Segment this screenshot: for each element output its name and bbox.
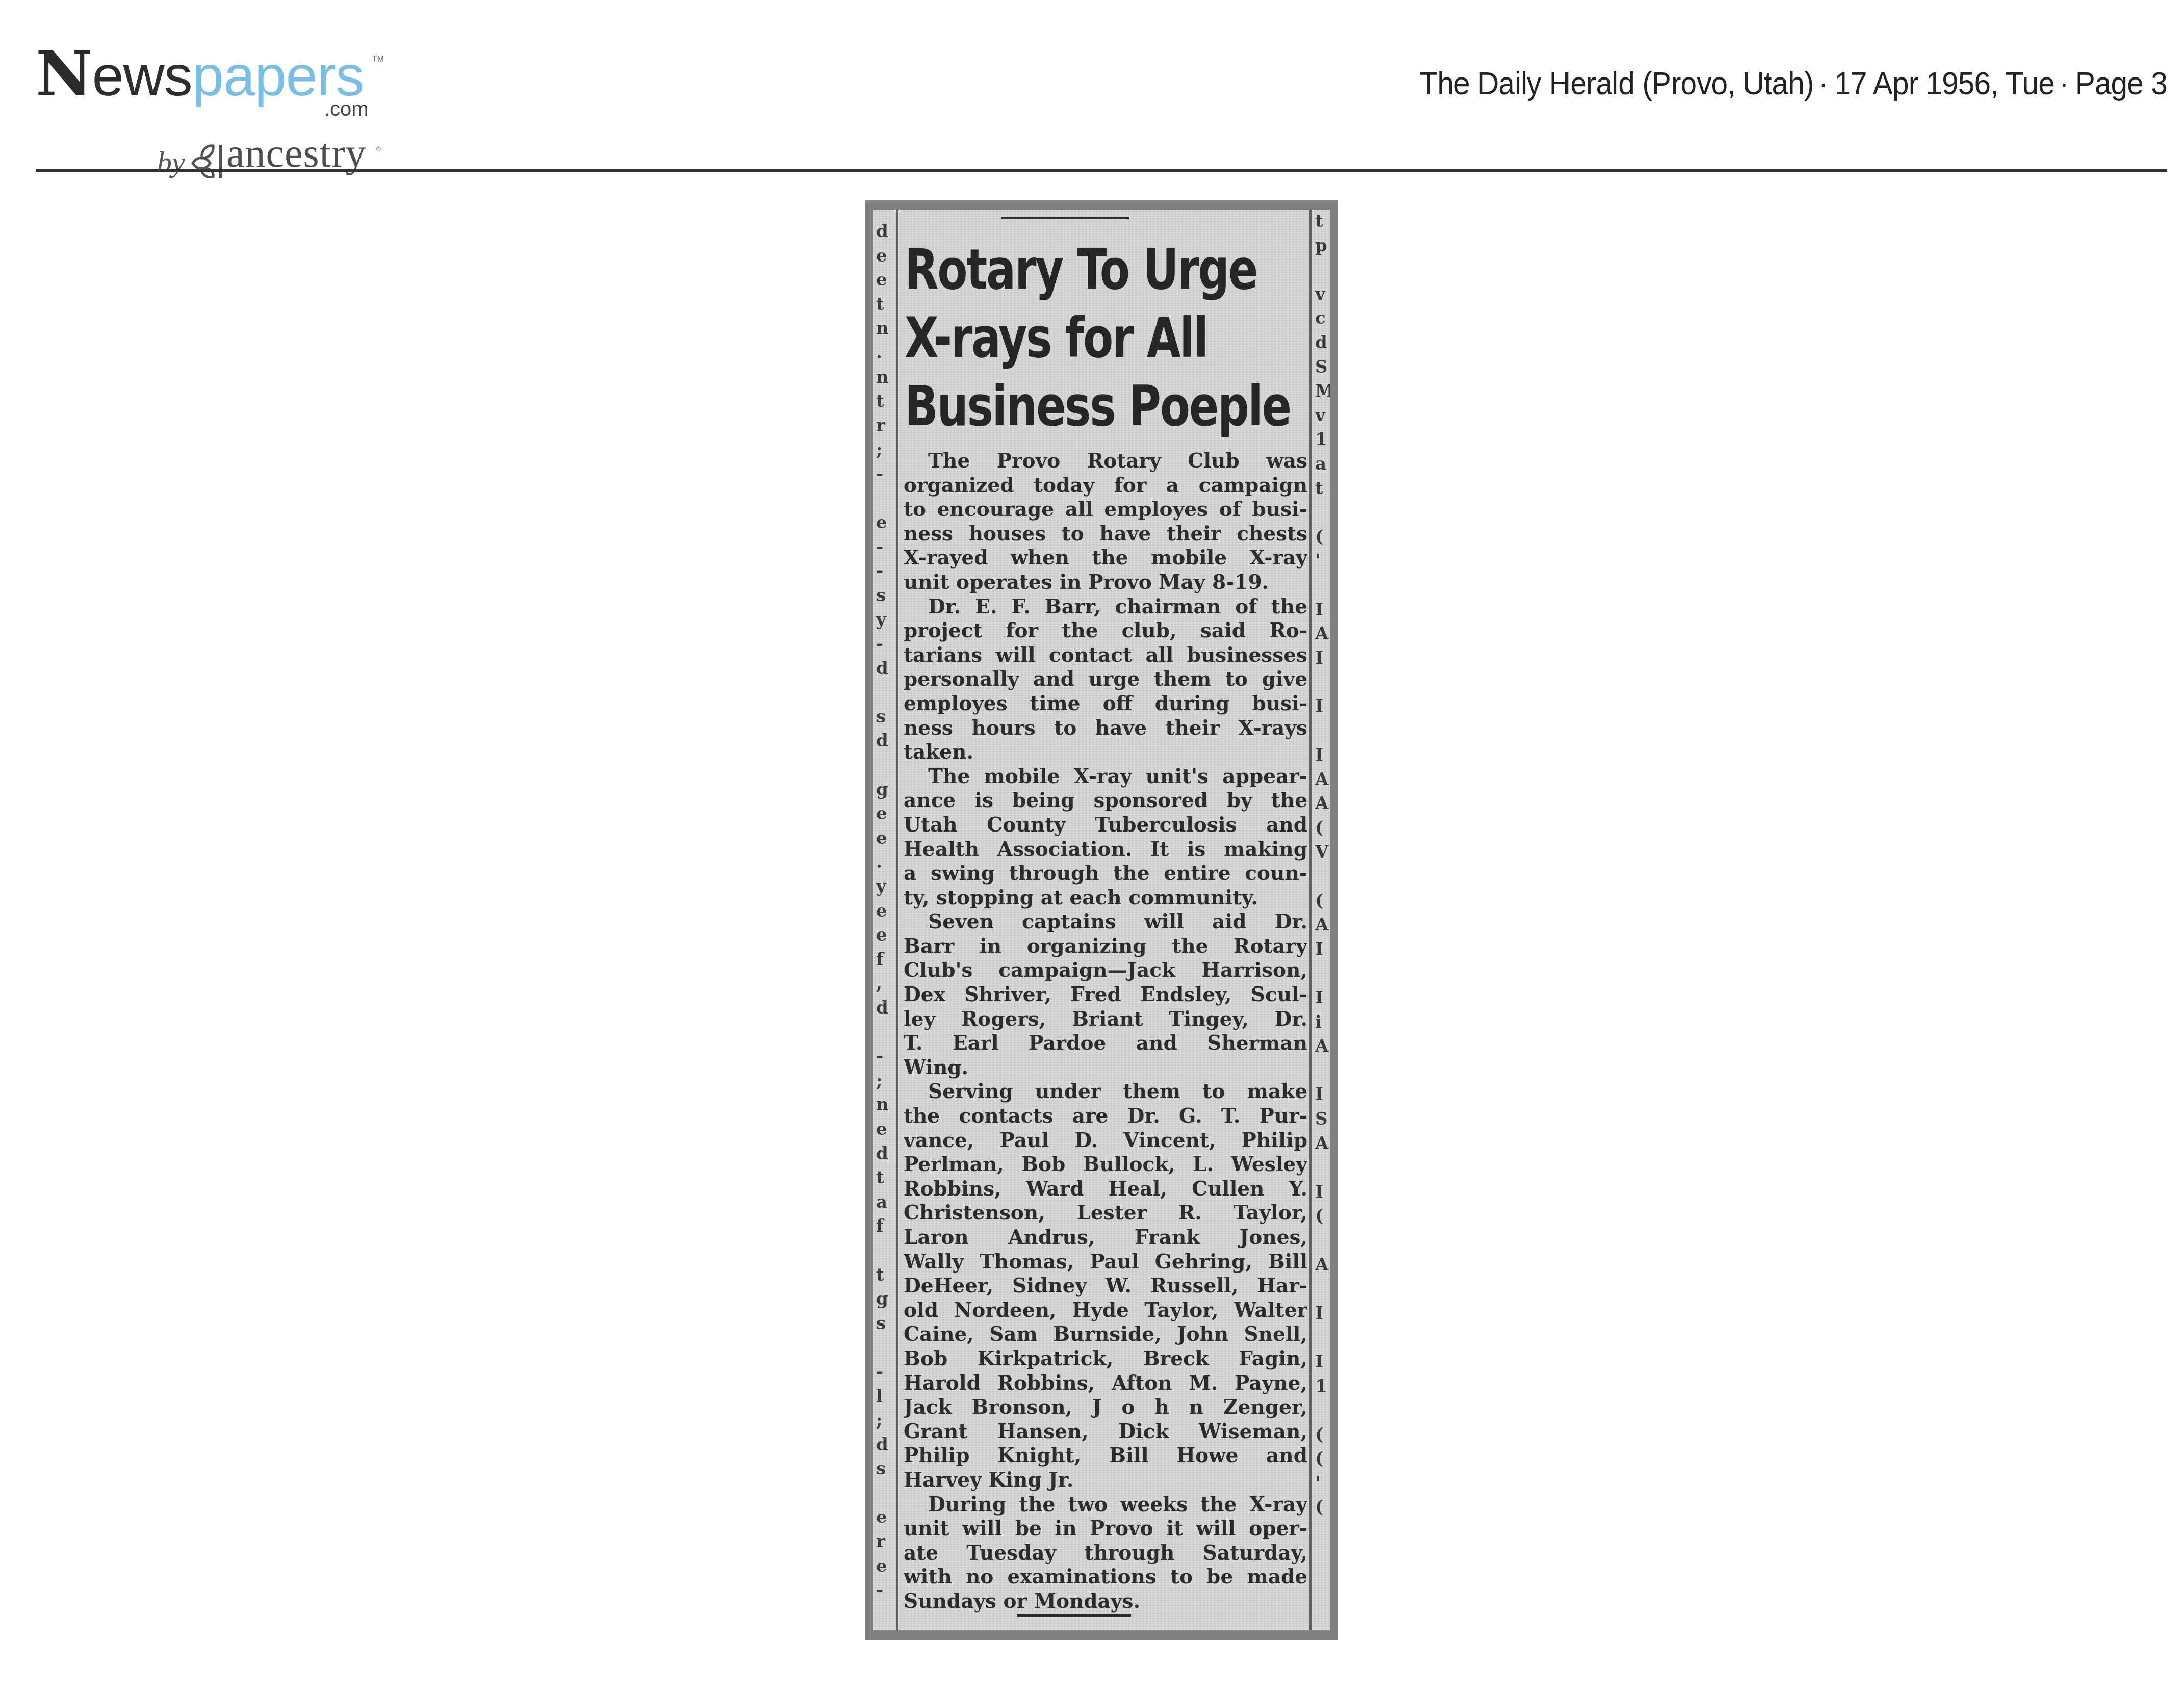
edge-fragment: [1315, 865, 1330, 889]
edge-fragment: (: [1315, 1423, 1330, 1447]
edge-fragment: [876, 1239, 894, 1263]
article-line: Utah County Tuberculosis and: [904, 813, 1307, 838]
edge-fragment: A: [1315, 1132, 1330, 1156]
logo-trademark: TM: [372, 55, 384, 64]
edge-fragment: I: [1315, 743, 1330, 768]
edge-fragment: I: [1315, 598, 1330, 622]
edge-fragment: e: [876, 826, 894, 851]
article-line: Robbins, Ward Heal, Cullen Y.: [904, 1177, 1307, 1202]
newspaper-clipping: deetn.ntr;-e--sy-dsdgee.yeef,d-;nedtaftg…: [873, 210, 1330, 1630]
article-line: tarians will contact all businesses: [904, 643, 1307, 668]
edge-fragment: v: [1315, 282, 1330, 307]
article-line: Serving under them to make: [904, 1080, 1307, 1104]
edge-fragment: [876, 754, 894, 778]
edge-fragment: (: [1315, 816, 1330, 841]
edge-fragment: I: [1315, 695, 1330, 719]
article-line: the contacts are Dr. G. T. Pur-: [904, 1104, 1307, 1129]
edge-fragment: y: [876, 608, 894, 633]
edge-fragment: [1315, 1277, 1330, 1302]
edge-fragment: e: [876, 511, 894, 535]
article-line: Bob Kirkpatrick, Breck Fagin,: [904, 1347, 1307, 1371]
publication-name: The Daily Herald (Provo, Utah): [1420, 66, 1814, 101]
edge-fragment: l: [876, 1385, 894, 1409]
edge-fragment: d: [876, 657, 894, 681]
edge-fragment: A: [1315, 792, 1330, 816]
edge-fragment: A: [1315, 622, 1330, 646]
edge-fragment: -: [876, 1578, 894, 1603]
article-line: ty, stopping at each community.: [904, 886, 1307, 911]
article-line: The mobile X-ray unit's appear-: [904, 765, 1307, 789]
edge-fragment: ,: [876, 972, 894, 996]
edge-fragment: A: [1315, 913, 1330, 938]
edge-fragment: ;: [876, 1409, 894, 1433]
edge-fragment: e: [876, 802, 894, 826]
publication-date: 17 Apr 1956, Tue: [1835, 66, 2054, 101]
edge-fragment: s: [876, 1312, 894, 1336]
edge-fragment: S: [1315, 355, 1330, 380]
newspapers-logo[interactable]: Newspapers TM .com by ancestry ®: [36, 45, 388, 147]
column-rule-right: [1309, 210, 1312, 1630]
edge-fragment: [1315, 574, 1330, 598]
edge-fragment: 1: [1315, 428, 1330, 452]
edge-fragment: ;: [876, 438, 894, 462]
headline-line: Business Poeple: [905, 373, 1215, 441]
edge-fragment: A: [1315, 1034, 1330, 1059]
headline-line: X-rays for All: [905, 304, 1215, 373]
article-line: Harvey King Jr.: [904, 1468, 1307, 1493]
article-line: unit will be in Provo it will oper-: [904, 1517, 1307, 1541]
edge-fragment: [1315, 962, 1330, 986]
edge-fragment: f: [876, 1214, 894, 1239]
edge-fragment: a: [876, 1190, 894, 1215]
article-line: Laron Andrus, Frank Jones,: [904, 1226, 1307, 1250]
edge-fragment: S: [1315, 1107, 1330, 1132]
edge-fragment: a: [1315, 452, 1330, 477]
article-line: vance, Paul D. Vincent, Philip: [904, 1129, 1307, 1153]
separator: ·: [1814, 66, 1835, 101]
publication-info: The Daily Herald (Provo, Utah)·17 Apr 19…: [1420, 65, 2167, 102]
article-line: organized today for a campaign: [904, 474, 1307, 498]
edge-fragment: (: [1315, 1204, 1330, 1229]
edge-fragment: -: [876, 535, 894, 560]
edge-fragment: -: [876, 632, 894, 657]
edge-fragment: [1315, 670, 1330, 695]
edge-fragment: [1315, 1326, 1330, 1350]
edge-fragment: -: [876, 1045, 894, 1069]
logo-letter-n: N: [36, 37, 92, 110]
article-line: The Provo Rotary Club was: [904, 449, 1307, 474]
edge-fragment: [1315, 1398, 1330, 1423]
edge-fragment: A: [1315, 768, 1330, 792]
edge-fragment: [876, 681, 894, 705]
article-line: employes time off during busi-: [904, 692, 1307, 716]
edge-fragment: [1315, 501, 1330, 525]
edge-fragment: t: [876, 389, 894, 414]
article-line: Jack Bronson, J o h n Zenger,: [904, 1395, 1307, 1420]
edge-fragment: I: [1315, 1350, 1330, 1374]
article-line: ance is being sponsored by the: [904, 789, 1307, 813]
article-line: ness hours to have their X-rays: [904, 716, 1307, 741]
edge-fragment: d: [876, 220, 894, 244]
edge-fragment: t: [1315, 210, 1330, 234]
article-line: with no examinations to be made: [904, 1565, 1307, 1590]
headline-line: Rotary To Urge: [905, 236, 1215, 304]
article-line: ate Tuesday through Saturday,: [904, 1541, 1307, 1566]
edge-fragment: s: [876, 584, 894, 608]
edge-fragment: [1315, 1059, 1330, 1083]
logo-text-dark: ews: [92, 44, 192, 108]
edge-fragment: I: [1315, 938, 1330, 962]
edge-fragment: s: [876, 705, 894, 730]
article-line: Wally Thomas, Paul Gehring, Bill: [904, 1250, 1307, 1275]
edge-fragment: V: [1315, 840, 1330, 865]
article-line: Dr. E. F. Barr, chairman of the: [904, 595, 1307, 619]
ancestry-leaf-icon: [190, 143, 225, 178]
edge-fragment: .: [876, 341, 894, 366]
edge-fragment: -: [876, 559, 894, 584]
edge-fragment: A: [1315, 1253, 1330, 1278]
edge-fragment: i: [1315, 1010, 1330, 1035]
article-top-rule: [1001, 217, 1129, 219]
edge-fragment: ': [1315, 549, 1330, 574]
article-line: old Nordeen, Hyde Taylor, Walter: [904, 1299, 1307, 1323]
article-line: Harold Robbins, Afton M. Payne,: [904, 1371, 1307, 1396]
edge-fragment: I: [1315, 646, 1330, 671]
edge-fragment: e: [876, 244, 894, 269]
article-line: a swing through the entire coun-: [904, 862, 1307, 886]
separator: ·: [2054, 66, 2075, 101]
article-line: Dex Shriver, Fred Endsley, Scul-: [904, 983, 1307, 1007]
edge-fragment: (: [1315, 889, 1330, 914]
logo-wordmark: Newspapers: [36, 45, 364, 105]
edge-fragment: d: [876, 1433, 894, 1458]
edge-fragment: [876, 487, 894, 511]
edge-fragment: n: [876, 1093, 894, 1118]
article-line: Club's campaign—Jack Harrison,: [904, 958, 1307, 983]
article-line: During the two weeks the X-ray: [904, 1493, 1307, 1517]
edge-fragment: I: [1315, 986, 1330, 1010]
edge-fragment: y: [876, 875, 894, 899]
header-divider: [36, 169, 2167, 172]
article-headline: Rotary To Urge X-rays for All Business P…: [905, 236, 1215, 441]
logo-registered: ®: [376, 146, 381, 153]
article-line: Philip Knight, Bill Howe and: [904, 1444, 1307, 1468]
edge-fragment: e: [876, 1554, 894, 1579]
clipping-frame[interactable]: deetn.ntr;-e--sy-dsdgee.yeef,d-;nedtaftg…: [865, 200, 1338, 1640]
edge-fragment: p: [1315, 234, 1330, 258]
article-line: Grant Hansen, Dick Wiseman,: [904, 1420, 1307, 1444]
article-line: Health Association. It is making: [904, 838, 1307, 862]
article-line: X-rayed when the mobile X-ray: [904, 546, 1307, 570]
edge-fragment: (: [1315, 1495, 1330, 1520]
logo-dotcom: .com: [324, 98, 369, 121]
article-line: Wing.: [904, 1056, 1307, 1080]
edge-fragment: [1315, 1229, 1330, 1253]
edge-fragment: [876, 1336, 894, 1360]
edge-fragment: r: [876, 414, 894, 438]
edge-fragment: d: [876, 996, 894, 1021]
article-bottom-rule: [1017, 1614, 1131, 1617]
page-number: Page 3: [2075, 66, 2167, 101]
edge-fragment: n: [876, 317, 894, 341]
article-line: to encourage all employes of busi-: [904, 498, 1307, 522]
edge-fragment: e: [876, 1505, 894, 1530]
edge-fragment: ': [1315, 1471, 1330, 1496]
article-line: Seven captains will aid Dr.: [904, 910, 1307, 934]
edge-fragment: r: [876, 1530, 894, 1554]
edge-fragment: t: [876, 1166, 894, 1190]
edge-fragment: s: [876, 1457, 894, 1482]
article-line: Christenson, Lester R. Taylor,: [904, 1201, 1307, 1226]
column-rule-left: [896, 210, 898, 1630]
adjacent-column-left: deetn.ntr;-e--sy-dsdgee.yeef,d-;nedtaftg…: [876, 220, 894, 1603]
edge-fragment: e: [876, 923, 894, 948]
article-line: DeHeer, Sidney W. Russell, Har-: [904, 1274, 1307, 1299]
edge-fragment: t: [876, 293, 894, 317]
edge-fragment: f: [876, 948, 894, 972]
article-line: Barr in organizing the Rotary: [904, 934, 1307, 959]
edge-fragment: -: [876, 1360, 894, 1385]
edge-fragment: I: [1315, 1302, 1330, 1326]
logo-by: by: [157, 145, 185, 179]
edge-fragment: .: [876, 850, 894, 875]
edge-fragment: n: [876, 366, 894, 390]
edge-fragment: [1315, 1156, 1330, 1180]
edge-fragment: t: [1315, 477, 1330, 501]
edge-fragment: -: [876, 462, 894, 487]
article-line: project for the club, said Ro-: [904, 619, 1307, 643]
article-line: ness houses to have their chests: [904, 522, 1307, 547]
article-line: personally and urge them to give: [904, 667, 1307, 692]
article-line: ley Rogers, Briant Tingey, Dr.: [904, 1007, 1307, 1032]
edge-fragment: d: [1315, 331, 1330, 355]
edge-fragment: [1315, 258, 1330, 282]
article-line: T. Earl Pardoe and Sherman: [904, 1031, 1307, 1056]
edge-fragment: e: [876, 268, 894, 293]
article-line: Sundays or Mondays.: [904, 1590, 1307, 1614]
edge-fragment: e: [876, 899, 894, 924]
edge-fragment: t: [876, 1263, 894, 1288]
edge-fragment: I: [1315, 1180, 1330, 1205]
edge-fragment: ;: [876, 1069, 894, 1094]
edge-fragment: [876, 1021, 894, 1045]
article-line: Perlman, Bob Bullock, L. Wesley: [904, 1153, 1307, 1177]
edge-fragment: d: [876, 1142, 894, 1166]
edge-fragment: 1: [1315, 1374, 1330, 1399]
article-line: unit operates in Provo May 8-19.: [904, 570, 1307, 595]
edge-fragment: g: [876, 778, 894, 802]
edge-fragment: [1315, 719, 1330, 743]
edge-fragment: [876, 1482, 894, 1506]
edge-fragment: c: [1315, 306, 1330, 331]
edge-fragment: (: [1315, 525, 1330, 550]
edge-fragment: I: [1315, 1083, 1330, 1107]
edge-fragment: g: [876, 1287, 894, 1312]
edge-fragment: v: [1315, 404, 1330, 428]
edge-fragment: (: [1315, 1447, 1330, 1471]
article-line: Caine, Sam Burnside, John Snell,: [904, 1322, 1307, 1347]
adjacent-column-right: tpvcdSMv1at('IAIIIAA(V(AIIiAISAI(AII1(('…: [1315, 210, 1330, 1520]
article-body: The Provo Rotary Club wasorganized today…: [904, 449, 1307, 1614]
article-line: taken.: [904, 740, 1307, 765]
edge-fragment: M: [1315, 379, 1330, 404]
edge-fragment: d: [876, 729, 894, 754]
edge-fragment: e: [876, 1118, 894, 1142]
